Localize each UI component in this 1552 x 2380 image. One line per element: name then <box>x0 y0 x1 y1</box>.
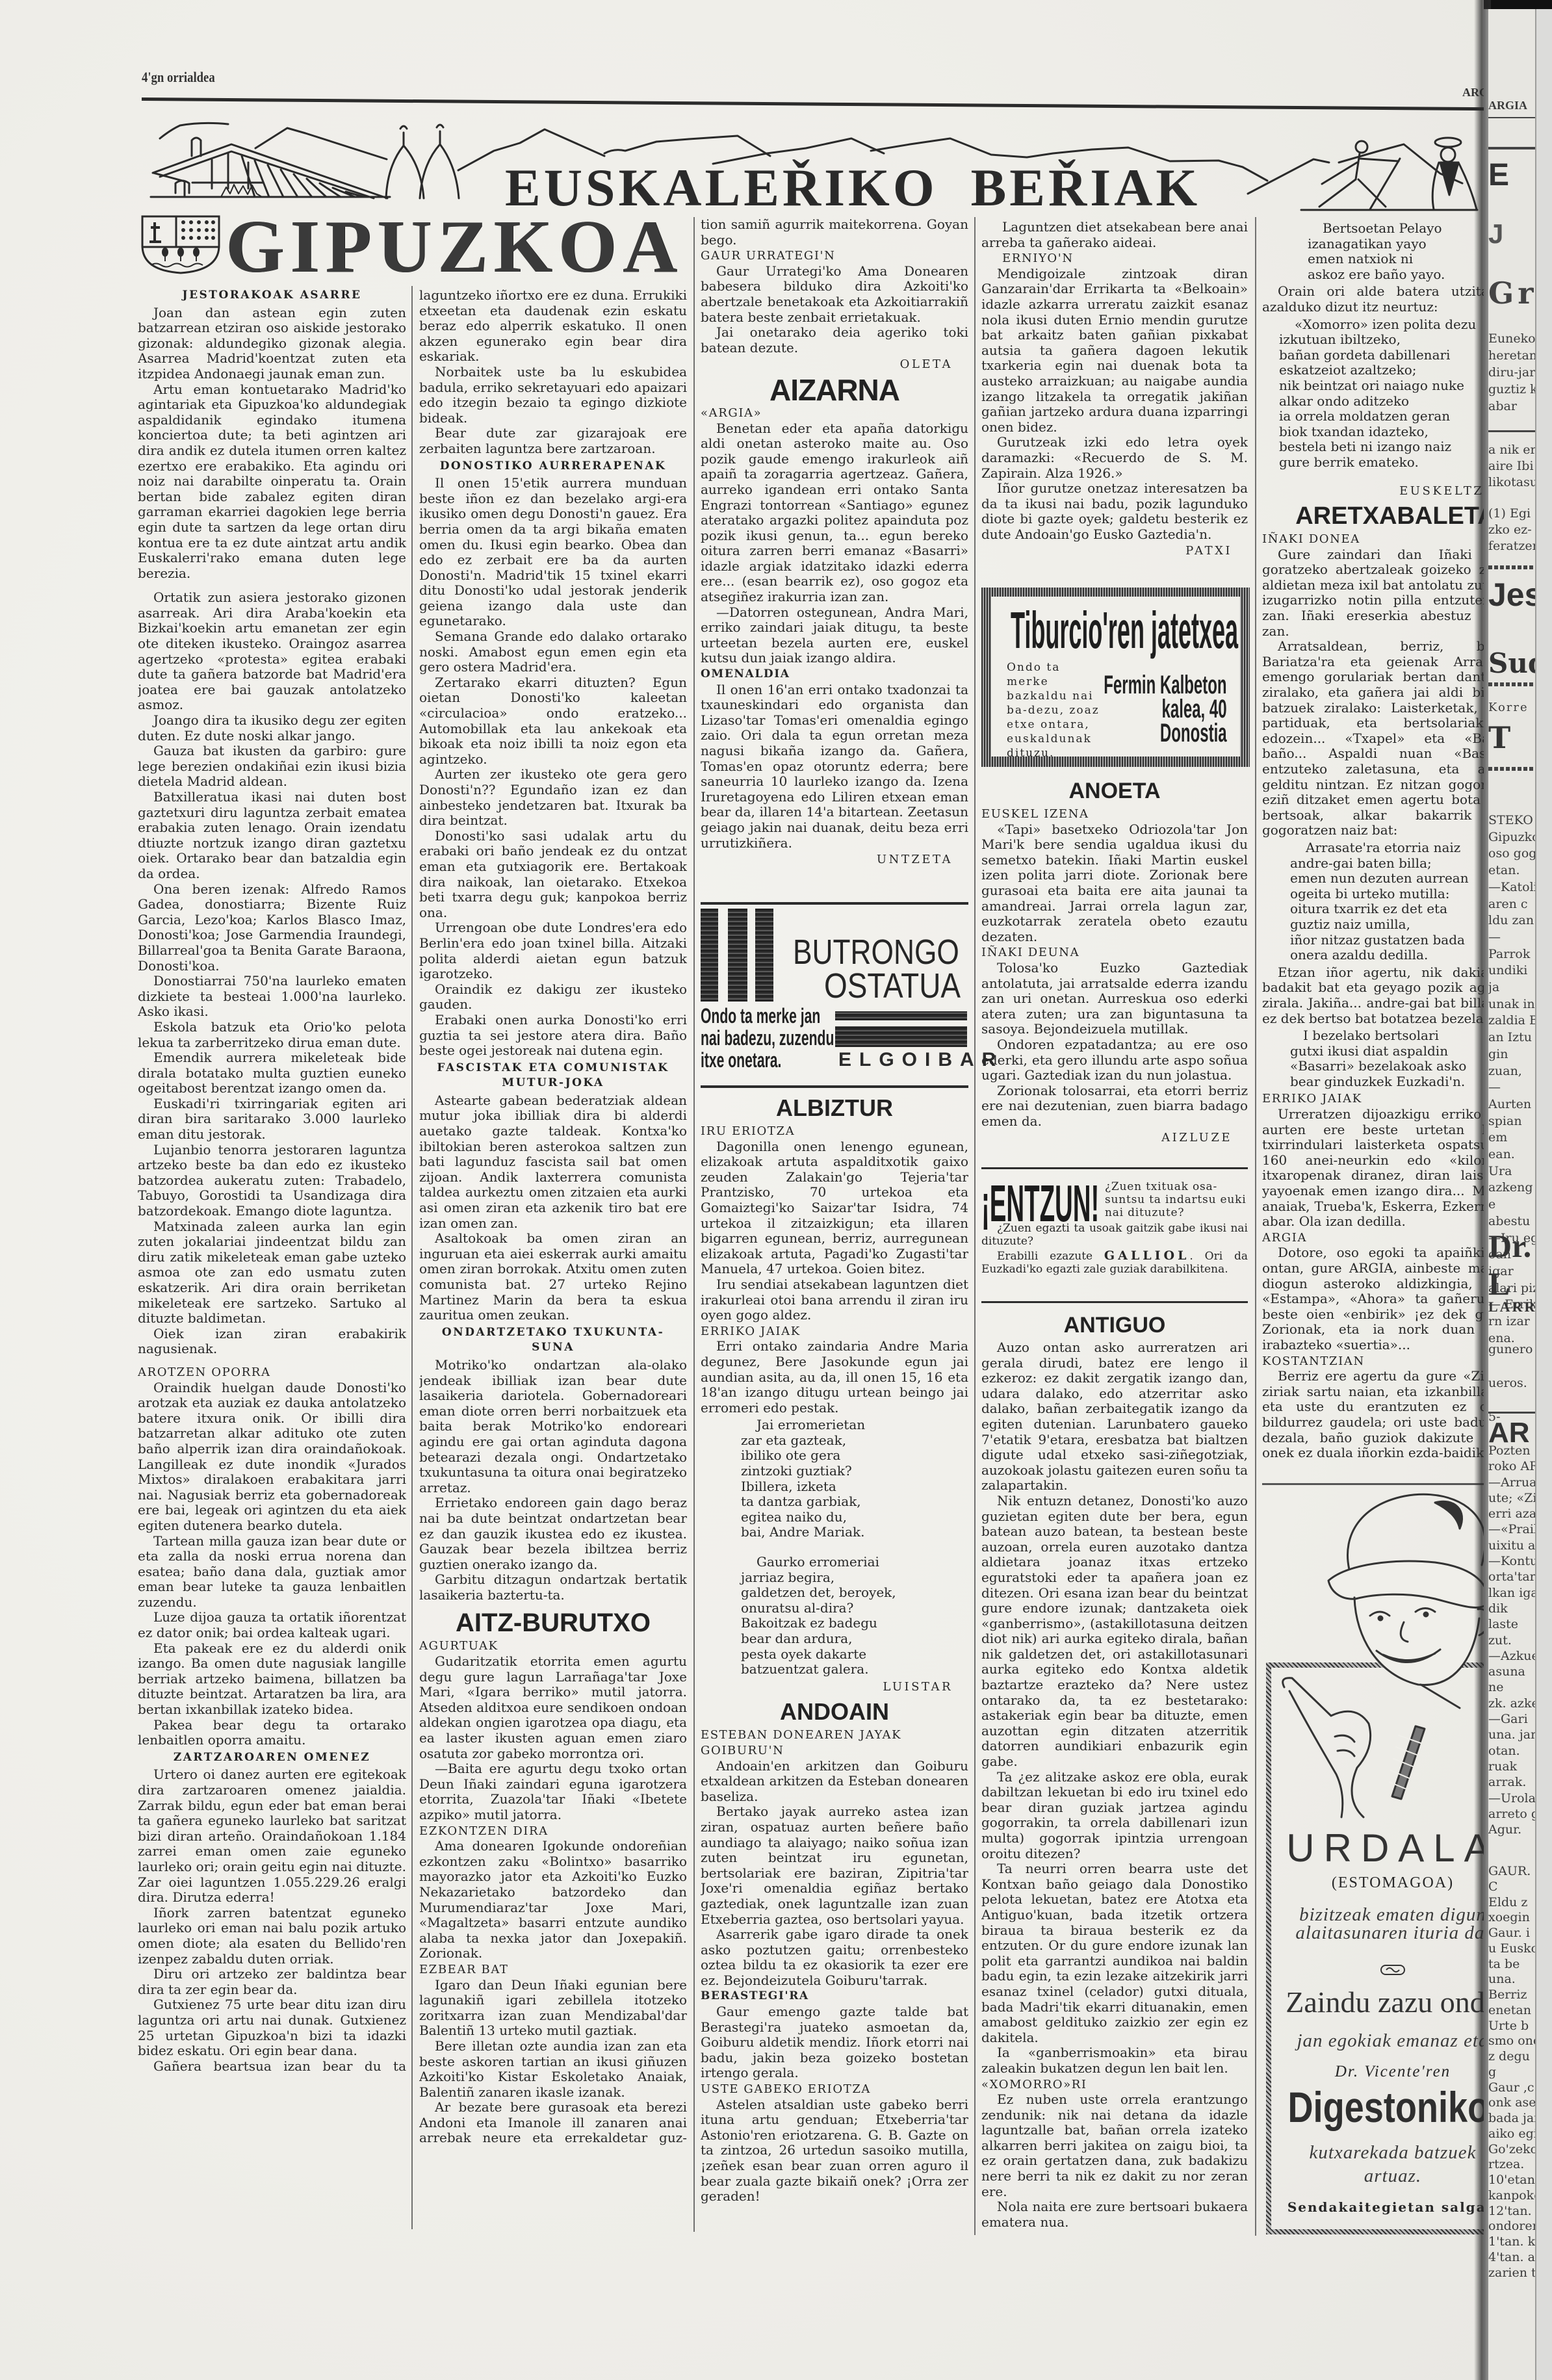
scan-background-edge <box>1535 9 1552 2380</box>
paragraph: Ta neurri orren bearra uste det Kontxan … <box>981 1861 1248 2045</box>
paragraph: Luze dijoa gauza ta ortatik iñorentzat e… <box>138 1610 406 1640</box>
paragraph: Oiek izan ziran erabakirik nagusienak. <box>138 1326 406 1357</box>
ad-slogan: Ondo ta merke jan nai badezu, zuzendu it… <box>701 1005 834 1071</box>
paragraph: Iru sendiai atsekabean laguntzen diet ir… <box>701 1277 968 1323</box>
ornament-icon <box>1265 1964 1484 1978</box>
paragraph: Etzan iñor agertu, nik dakialaño... bada… <box>1262 965 1484 1026</box>
flag-pole-icon <box>160 123 228 138</box>
article-subheading: ERNIYO'N <box>981 251 1248 266</box>
paragraph: Erabaki onen aurka Donosti'ko erri guzti… <box>419 1013 687 1059</box>
ad-title: Tiburcio'ren jatetxea <box>1011 604 1238 656</box>
ad-text: kutxarekada batzuek artuaz. <box>1265 2141 1484 2188</box>
column-3-bottom: ALBIZTUR IRU ERIOTZA Dagonilla onen lene… <box>701 1093 968 2236</box>
column-3-top: tion samiñ agurrik maitekorrena. Goyan b… <box>701 217 968 901</box>
column-divider <box>1255 217 1256 2236</box>
adjacent-headline-fragment: Grc <box>1488 276 1535 311</box>
paragraph: Iñork zarren batentzat eguneko laurleko … <box>138 1906 406 1967</box>
adjacent-headline-fragment: J <box>1488 218 1503 250</box>
paragraph: Bear dute zar gizarajoak ere zerbaiten l… <box>419 426 687 456</box>
ad-rule <box>701 1085 968 1088</box>
verse: Bertsoetan Pelayo izanagatikan yayo emen… <box>1262 221 1484 282</box>
ad-body: ¿Zuen egazti ta usoak gaitzik gabe ikusi… <box>981 1222 1248 1277</box>
paragraph: Ez nuben uste orrela erantzungo zendunik… <box>981 2092 1248 2199</box>
paragraph: Lujanbio tenorra jestoraren laguntza art… <box>138 1143 406 1219</box>
article-subheading: IÑAKI DONEA <box>1262 532 1484 547</box>
paragraph: Il onen 15'etik aurrera munduan beste iñ… <box>419 476 687 629</box>
paragraph: Tartean milla gauza izan bear dute or et… <box>138 1534 406 1610</box>
column-1: JESTORAKOAK ASARRE Joan dan astean egin … <box>138 288 406 2231</box>
adjacent-headline-fragment: Jesus <box>1488 576 1535 614</box>
paragraph: Errietako endoreen gain dago beraz nai b… <box>419 1495 687 1572</box>
paragraph: Dagonilla onen lenengo egunean, elizakoa… <box>701 1139 968 1277</box>
article-subheading: IÑAKI DEUNA <box>981 945 1248 961</box>
section-title-aizarna: AIZARNA <box>701 375 968 405</box>
paragraph: Urreratzen dijoazkigu erriko jaiak; aurt… <box>1262 1107 1484 1230</box>
column-rule <box>1262 1483 1484 1485</box>
article-subheading: IRU ERIOTZA <box>701 1124 968 1139</box>
paragraph: Orain ori alde batera utzita naia azaldu… <box>1262 284 1484 315</box>
paragraph: Ortatik zun asiera jestorako gizonen asa… <box>138 590 406 713</box>
paragraph-continuation: laguntzeko iñortxo ere ez duna. Errukiki… <box>419 288 687 365</box>
ad-tiburcio-restaurant: Tiburcio'ren jatetxea Ondo ta merke bazk… <box>981 588 1250 767</box>
paragraph-continued: Ar bezate bere gurasoak eta berezi Andon… <box>419 2100 687 2146</box>
paragraph: Artu eman kontuetarako Madrid'ko agintar… <box>138 382 406 582</box>
section-title-aitz-burutxo: AITZ-BURUTXO <box>419 1608 687 1638</box>
paragraph: Gaur emengo gazte talde bat Berastegi'ra… <box>701 2004 968 2081</box>
adjacent-headline-fragment: E <box>1488 157 1509 193</box>
adjacent-headline-fragment: LARRU <box>1488 1299 1535 1315</box>
adjacent-text-fragment: Euneko heretan. diru-jart guztiz k abar <box>1488 330 1535 415</box>
paragraph: Zertarako ekarri dituzten? Egun oietan D… <box>419 675 687 768</box>
column-divider <box>693 217 695 2232</box>
article-heading: DONOSTIKO AURRERAPENAK <box>419 459 687 474</box>
ad-galliol-entzun: ¡ENTZUN! ¿Zuen txituak osa- suntsu ta in… <box>981 1167 1248 1305</box>
paragraph: Dotore, oso egoki ta apaiñki orain ontan… <box>1262 1245 1484 1352</box>
paragraph: Joango dira ta ikusiko degu zer egiten d… <box>138 713 406 744</box>
article-subheading: ARGIA <box>1262 1230 1484 1246</box>
paragraph: Emendik aurrera mikeleteak bide dirala b… <box>138 1050 406 1096</box>
verse: Jai erromerietan zar eta gazteak, ibilik… <box>701 1417 968 1540</box>
ad-text: jan egokiak emanaz eta <box>1265 2030 1484 2052</box>
paragraph: Laguntzen diet atsekabean bere anai arre… <box>981 220 1248 250</box>
adjacent-rule <box>1488 117 1535 118</box>
paragraph: Donosti'ko sasi udalak artu du erabaki o… <box>419 829 687 921</box>
paragraph: Benetan eder eta apaña datorkigu aldi on… <box>701 421 968 605</box>
paragraph: Gurutzeak izki edo letra oyek daramazki:… <box>981 435 1248 481</box>
column-divider <box>411 286 413 2229</box>
paragraph: Auzo ontan asko aurreratzen ari gerala d… <box>981 1340 1248 1494</box>
paragraph: Astearte gabean bederatziak aldean mutur… <box>419 1093 687 1231</box>
ad-doctor-name: Dr. Vicente'ren <box>1265 2063 1484 2081</box>
adjacent-running-head: ARGIA <box>1488 99 1527 112</box>
paragraph: Erri ontako zaindaria Andre Maria degune… <box>701 1339 968 1416</box>
article-subheading: AROTZEN OPORRA <box>138 1365 406 1380</box>
paragraph: Norbaitek uste ba lu eskubidea badula, e… <box>419 365 687 426</box>
paragraph: Asarrerik gabe igaro dirade ta onek asko… <box>701 1927 968 1988</box>
paragraph: —Datorren ostegunean, Andra Mari, erriko… <box>701 605 968 666</box>
paragraph: Urtero oi danez aurten ere egitekoak dir… <box>138 1767 406 1905</box>
paragraph: Gutxienez 75 urte bear ditu izan diru la… <box>138 1997 406 2058</box>
column-5-top: Bertsoetan Pelayo izanagatikan yayo emen… <box>1262 221 1484 1482</box>
paragraph: Joan dan astean egin zuten batzarrean et… <box>138 305 406 382</box>
section-title-antiguo: ANTIGUO <box>981 1310 1248 1340</box>
ad-address: Fermin Kalbeton kalea, 40 Donostia <box>1104 673 1227 745</box>
ad-body: Tiburcio'ren jatetxea Ondo ta merke bazk… <box>991 597 1240 757</box>
article-subheading: «ARGIA» <box>701 406 968 421</box>
adjacent-text-fragment: GAUR. C Eldu z xoegin Gaur. i u Eusko ta… <box>1488 1864 1535 2281</box>
column-divider <box>974 217 976 2235</box>
paragraph: Arratsaldean, berriz, batzuek Bariatza'r… <box>1262 639 1484 838</box>
ad-butrongo-ostatua: BUTRONGO OSTATUA Ondo ta merke jan nai b… <box>701 901 968 1091</box>
paragraph-continued: Gañera beartsua izan bear du ta <box>138 2059 406 2075</box>
section-title-albiztur: ALBIZTUR <box>701 1093 968 1123</box>
baserri-house-icon <box>151 138 390 198</box>
page-number-label: 4'gn orrialdea <box>142 69 215 86</box>
adjacent-wavy-rule <box>1488 682 1535 686</box>
paragraph: Oraindik ez dakigu zer ikusteko gauden. <box>419 982 687 1013</box>
adjacent-headline-fragment: T <box>1488 720 1510 755</box>
paragraph: Eta pakeak ere ez du alderdi onik izango… <box>138 1641 406 1718</box>
smiling-man-illustration <box>1265 1488 1484 1826</box>
ad-graphic-bar <box>755 909 773 1002</box>
hiker-icon <box>1319 141 1400 209</box>
paragraph: Jai onetarako deia ageriko toki batean d… <box>701 325 968 356</box>
paragraph: Donostiarrai 750'na laurleko ematen dizk… <box>138 974 406 1020</box>
verse: Gaurko erromeriai jarriaz begira, galdet… <box>701 1555 968 1677</box>
verse: I bezelako bertsolari gutxi ikusi diat a… <box>1262 1028 1484 1089</box>
paragraph: Aurten zer ikusteko ote gera gero Donost… <box>419 767 687 828</box>
paragraph: Il onen 16'an erri ontako txadonzai ta t… <box>701 682 968 851</box>
adjacent-rule <box>1488 147 1535 149</box>
paragraph: Bere illetan ozte aundia izan zan eta be… <box>419 2039 687 2100</box>
paragraph: —Baita ere agurtu degu txoko ortan Deun … <box>419 1761 687 1822</box>
article-subheading: ERRIKO JAIAK <box>701 1324 968 1339</box>
adjacent-wavy-rule <box>1488 565 1535 569</box>
author-signature: OLETA <box>701 357 968 372</box>
ad-brand-subtitle: (ESTOMAGOA) <box>1265 1874 1484 1892</box>
author-signature: LUISTAR <box>701 1679 968 1695</box>
ad-town: ELGOIBAR <box>838 1049 1003 1071</box>
ad-brand: URDALA <box>1265 1829 1484 1868</box>
header-rule <box>142 97 1484 110</box>
article-subheading: OMENALDIA <box>701 667 968 682</box>
article-heading: ONDARTZETAKO TXUKUNTA- SUNA <box>419 1325 687 1356</box>
ad-business-type: OSTATUA <box>824 968 961 1003</box>
ad-graphic-bar <box>728 909 747 1002</box>
ad-footer: Sendakaitegietan salgai. <box>1265 2199 1484 2215</box>
ad-brand: GALLIOL <box>1104 1248 1189 1263</box>
ad-tagline: bizitzeak ematen digun alaitasunaren itu… <box>1265 1906 1484 1942</box>
author-signature: AIZLUZE <box>981 1130 1248 1146</box>
ad-cta-text: Erabilli ezazute <box>997 1250 1104 1263</box>
adjacent-page-strip: ARGIA E J Grc Euneko heretan. diru-jart … <box>1488 9 1535 2380</box>
adjacent-headline-fragment: Sud <box>1488 647 1535 679</box>
paragraph: Igaro dan Deun Iñaki egunian bere laguna… <box>419 1978 687 2039</box>
article-subheading: EZBEAR BAT <box>419 1962 687 1978</box>
gipuzkoa-coat-of-arms-icon <box>140 214 221 274</box>
column-4-bottom: ANTIGUO Auzo ontan asko aurreratzen ari … <box>981 1310 1248 2237</box>
paragraph: Mendigoizale zintzoak diran Ganzarain'da… <box>981 266 1248 435</box>
article-subheading: AGURTUAK <box>419 1638 687 1654</box>
adjacent-text-fragment: Pozten roko AR —Arrua ute; «Zi erri azal… <box>1488 1443 1535 1837</box>
ad-product-name: Digestonikotik <box>1287 2085 1484 2129</box>
section-title-aretxabaleta: ARETXABALETA <box>1262 501 1484 531</box>
article-heading: JESTORAKOAK ASARRE <box>138 288 406 304</box>
paragraph: Ia «ganberrismoakin» eta birau zaleakin … <box>981 2045 1248 2076</box>
article-subheading: BERASTEGI'RA <box>701 1989 968 2004</box>
adjacent-rule <box>1488 1412 1535 1414</box>
ad-rule <box>981 1301 1248 1303</box>
section-title-anoeta: ANOETA <box>981 776 1248 806</box>
ad-business-name: BUTRONGO <box>793 935 959 970</box>
ad-text: Ondo ta merke bazkaldu nai ba-dezu, zoaz… <box>1007 660 1104 760</box>
paragraph: Matxinada zaleen aurka lan egin zuten jo… <box>138 1219 406 1326</box>
article-subheading: EZKONTZEN DIRA <box>419 1824 687 1839</box>
paragraph: Eskola batzuk eta Orio'ko pelota lekua t… <box>138 1020 406 1050</box>
paragraph: Nola naita ere zure bertsoari bukaera em… <box>981 2199 1248 2230</box>
paragraph: Bertako jayak aurreko astea izan ziran, … <box>701 1804 968 1927</box>
article-subheading: KOSTANTZIAN <box>1262 1354 1484 1369</box>
paragraph: Gure zaindari dan Iñaki donea goratzeko … <box>1262 547 1484 640</box>
ad-graphic-bar <box>701 909 718 1002</box>
paragraph: Zorionak tolosarrai, eta etorri berriz e… <box>981 1083 1248 1130</box>
author-signature: UNTZETA <box>701 852 968 868</box>
newspaper-page: 4'gn orrialdea ARGIA <box>0 0 1484 2380</box>
haystacks-icon <box>386 125 459 198</box>
adjacent-headline-fragment: Dr. L <box>1488 1227 1535 1302</box>
paragraph: «Tapi» basetxeko Odriozola'tar Jon Mari'… <box>981 822 1248 945</box>
ad-urdala-digestonikotik: URDALA (ESTOMAGOA) bizitzeak ematen digu… <box>1265 1488 1484 2237</box>
article-subheading: ERRIKO JAIAK <box>1262 1091 1484 1107</box>
adjacent-rule <box>1488 430 1535 432</box>
paragraph: Euskadi'ri txirringariak egiten ari dira… <box>138 1096 406 1143</box>
hill-behind-house <box>255 128 387 159</box>
column-4-top: Laguntzen diet atsekabean bere anai arre… <box>981 220 1248 585</box>
paragraph: Astelen atsaldian uste gabeko berri itun… <box>701 2097 968 2205</box>
ad-rule <box>981 1167 1248 1169</box>
author-signature: PATXI <box>981 543 1248 559</box>
paragraph: Ta ¿ez alitzake askoz ere obla, eurak da… <box>981 1770 1248 1862</box>
paragraph: Tolosa'ko Euzko Gaztediak antolatuta, ja… <box>981 961 1248 1037</box>
article-heading: FASCISTAK ETA COMUNISTAK MUTUR-JOKA <box>419 1061 687 1091</box>
paragraph: Oraindik huelgan daude Donosti'ko arotza… <box>138 1380 406 1534</box>
verse: «Xomorro» izen polita dezu izkutuan ibil… <box>1262 317 1484 471</box>
paragraph-continuation: tion samiñ agurrik maitekorrena. Goyan b… <box>701 217 968 248</box>
paragraph: Ondoren ezpatadantza; au ere oso ederki,… <box>981 1037 1248 1083</box>
paragraph: Ama donearen Igokunde ondoreñian ezkontz… <box>419 1839 687 1961</box>
article-subheading: USTE GABEKO ERIOTZA <box>701 2082 968 2097</box>
paragraph: Gudaritzatik etorrita emen agurtu degu g… <box>419 1654 687 1761</box>
paragraph: Garbitu ditzagun ondartzak bertatik lasa… <box>419 1572 687 1603</box>
verse: Arrasate'ra etorria naiz andre-gai baten… <box>1262 840 1484 963</box>
column-4-mid: ANOETA EUSKEL IZENA «Tapi» basetxeko Odr… <box>981 776 1248 1167</box>
paragraph: Batxilleratua ikasi nai duten bost gazte… <box>138 790 406 882</box>
adjacent-text-fragment: (1) Egi zko ez- feratzen <box>1488 506 1535 554</box>
ad-headline: Zaindu zazu ondo <box>1265 1986 1484 2019</box>
paragraph: Andoain'en arkitzen dan Goiburu etxaldea… <box>701 1759 968 1805</box>
adjacent-text-fragment: a nik er aire Ibi likotasun <box>1488 442 1535 491</box>
ad-decor-bar <box>835 1011 967 1020</box>
ad-decor-bar <box>835 1026 967 1047</box>
ad-question: ¿Zuen txituak osa- suntsu ta indartsu eu… <box>1105 1180 1248 1219</box>
paragraph: Gaur Urrategi'ko Ama Donearen babesera b… <box>701 264 968 325</box>
article-subheading: EUSKEL IZENA <box>981 807 1248 822</box>
ad-question: ¿Zuen egazti ta usoak gaitzik gabe ikusi… <box>981 1222 1248 1248</box>
author-signature: EUSKELTZALE <box>1262 484 1484 499</box>
article-heading: ZARTZAROAREN OMENEZ <box>138 1750 406 1766</box>
paragraph: Nik entuzn detanez, Donosti'ko auzo guzi… <box>981 1494 1248 1770</box>
adjacent-wavy-rule <box>1488 767 1535 771</box>
article-subheading: «XOMORRO»RI <box>981 2077 1248 2093</box>
paragraph: Urrengoan obe dute Londres'era edo Berli… <box>419 920 687 981</box>
paragraph: Berriz ere agertu da gure «Zirikari» zir… <box>1262 1369 1484 1461</box>
article-subheading: ESTEBAN DONEAREN JAYAK GOIBURU'N <box>701 1727 968 1758</box>
adjacent-text-fragment: Korre <box>1488 701 1529 714</box>
ad-call-to-action: Erabilli ezazute GALLIOL. Ori da Euzkadi… <box>981 1249 1248 1276</box>
paragraph: Ona beren izenak: Alfredo Ramos Gadea, d… <box>138 882 406 974</box>
paragraph: Diru ori artzeko zer baldintza bear dira… <box>138 1967 406 1997</box>
ad-rule <box>701 902 968 905</box>
section-title-andoain: ANDOAIN <box>701 1697 968 1727</box>
article-subheading: GAUR URRATEGI'N <box>701 248 968 264</box>
paragraph: Gauza bat ikusten da garbiro: gure lege … <box>138 744 406 790</box>
paragraph: Iñor gurutze onetzaz interesatzen ba da … <box>981 481 1248 542</box>
paragraph: Asaltokoak ba omen ziran an inguruan eta… <box>419 1231 687 1323</box>
paragraph: Motriko'ko ondartzan ala-olako jendeak i… <box>419 1358 687 1495</box>
paragraph: Pakea bear degu ta ortarako lenbaitlen o… <box>138 1718 406 1748</box>
column-2: laguntzeko iñortxo ere ez duna. Errukiki… <box>419 288 687 2231</box>
province-title: GIPUZKOA <box>226 209 683 285</box>
paragraph: Semana Grande edo dalako ortarako noski.… <box>419 629 687 675</box>
